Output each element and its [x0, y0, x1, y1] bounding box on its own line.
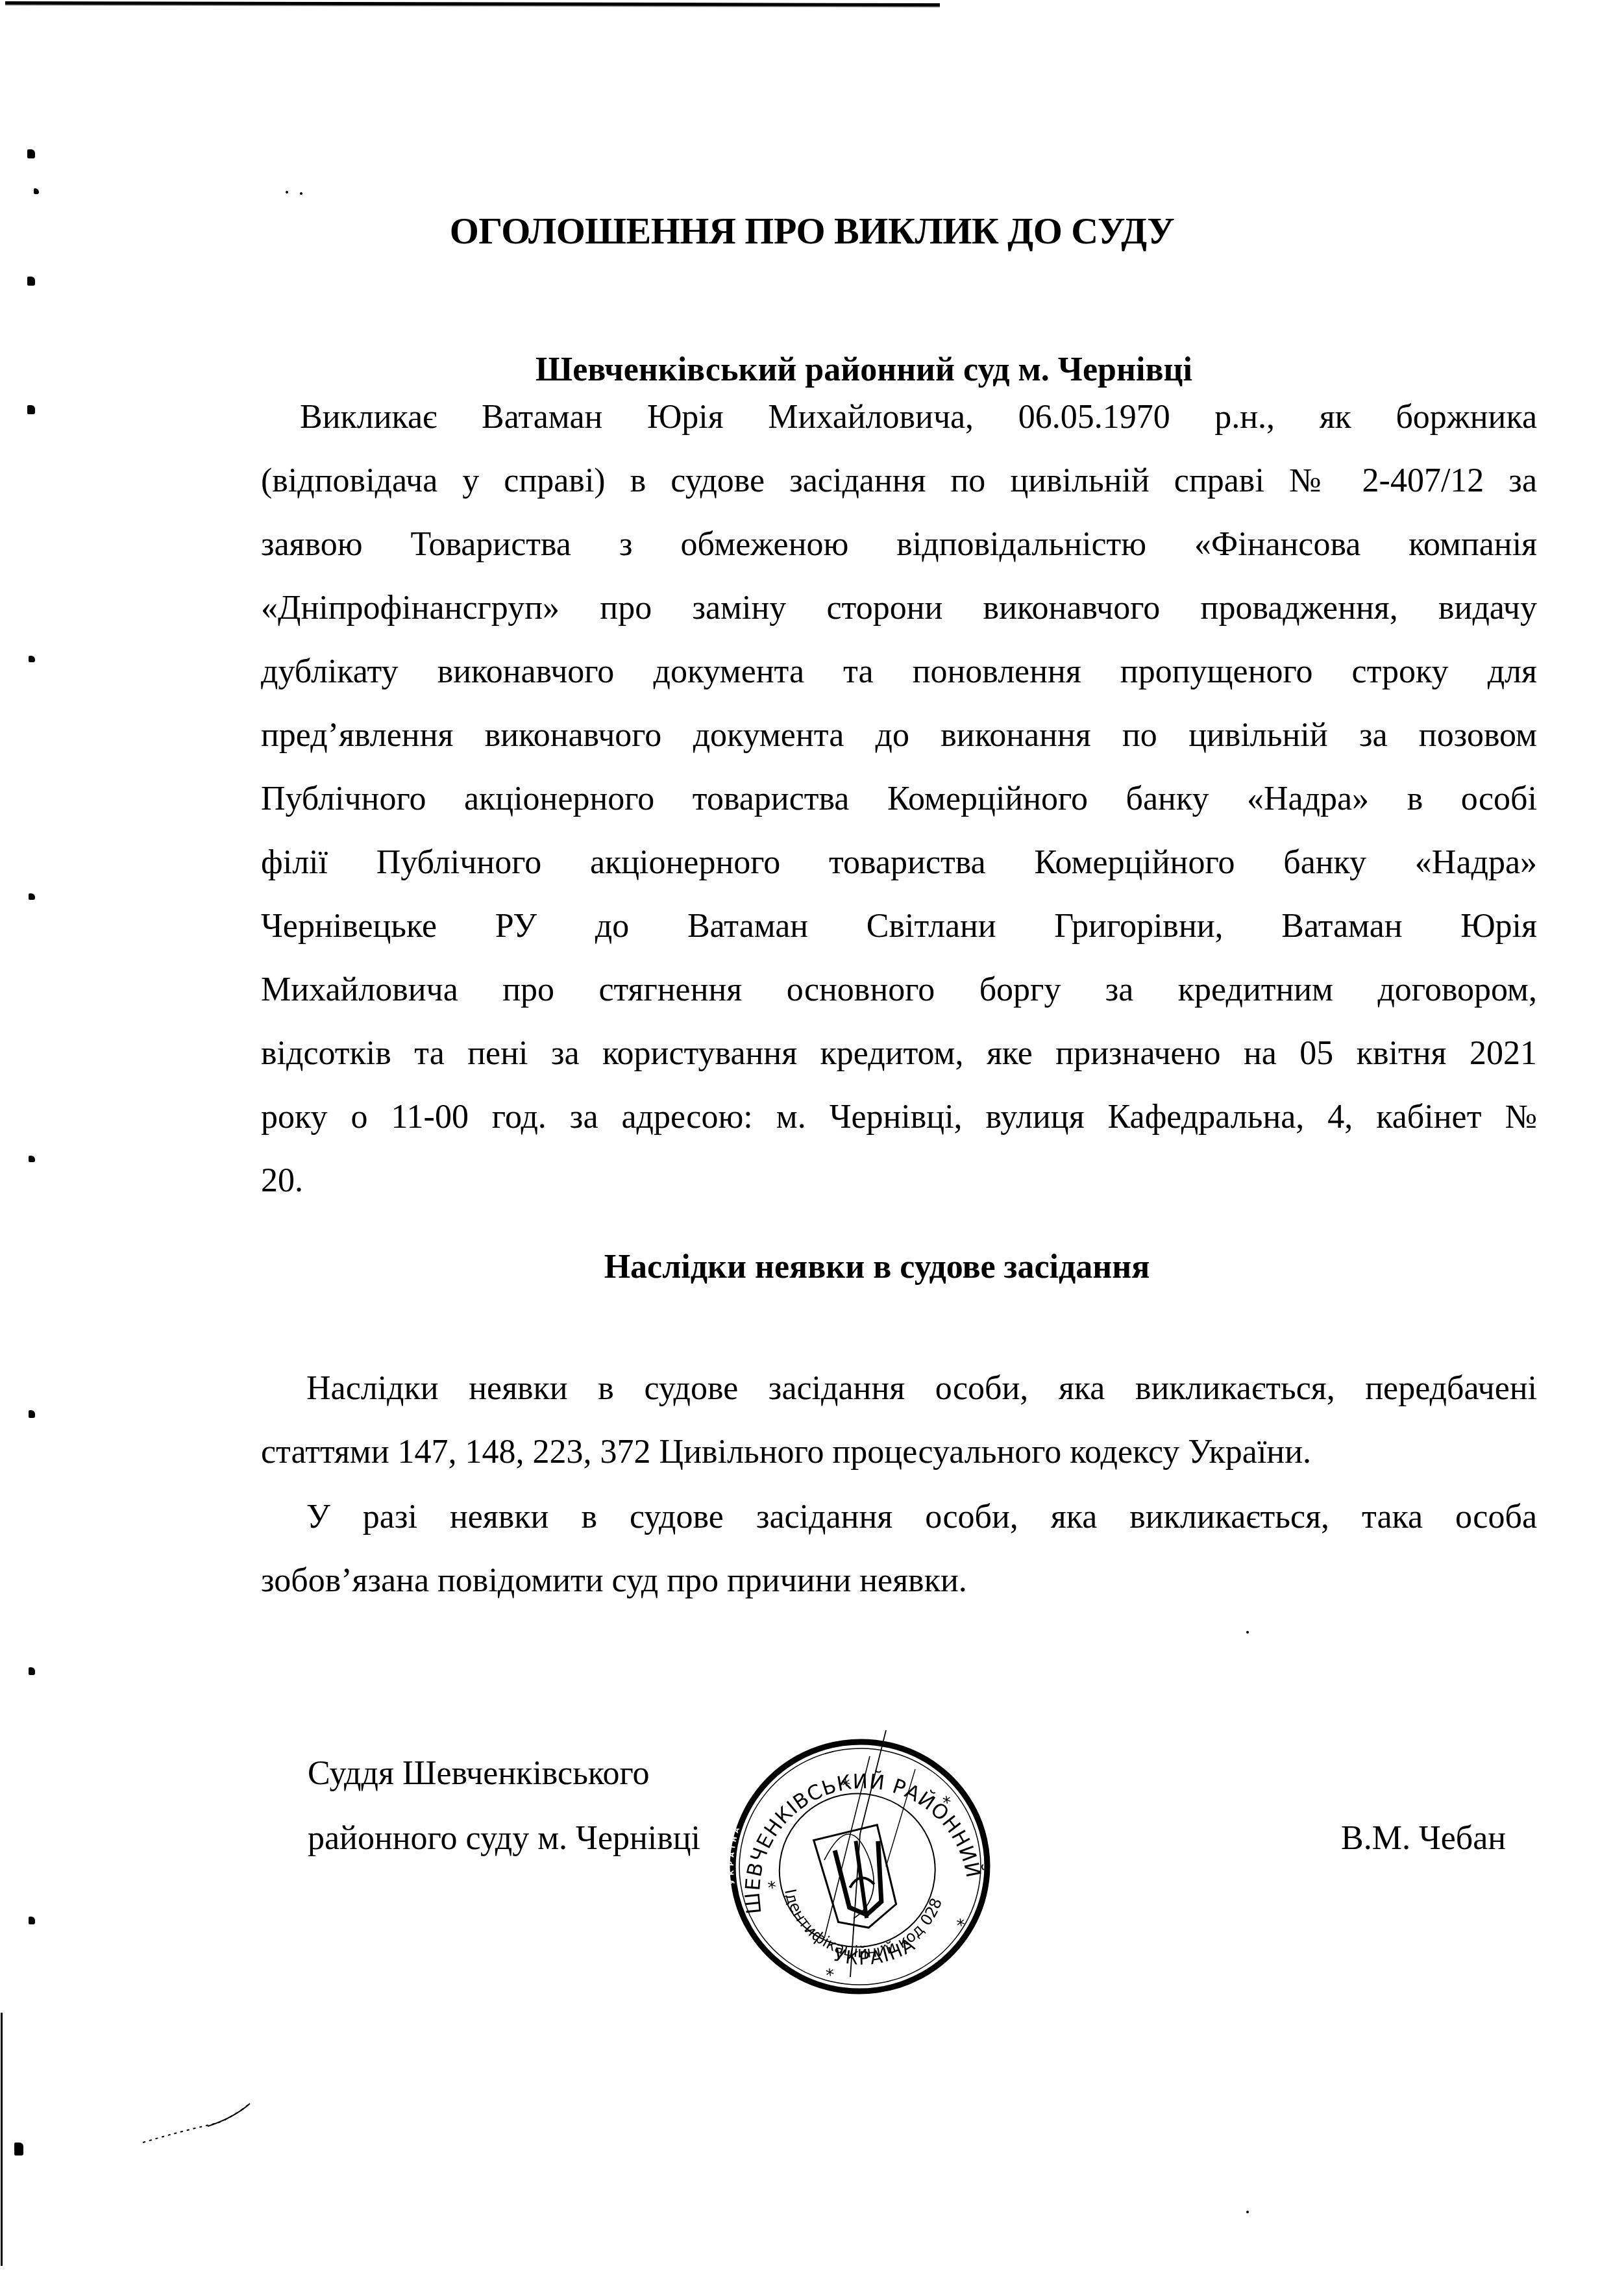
paragraph-line: Викликає Ватаман Юрія Михайловича, 06.05…	[261, 386, 1537, 449]
stamp-star: *	[825, 1965, 836, 1986]
svg-text:УКРАЇНА: УКРАЇНА	[829, 1932, 921, 1974]
paragraph-line: (відповідача у справі) в судове засіданн…	[261, 449, 1537, 513]
margin-punch-mark	[27, 149, 35, 158]
scan-speck	[300, 192, 302, 195]
consequences-heading: Наслідки неявки в судове засідання	[0, 1248, 1624, 1286]
court-seal-stamp: УКРАЇНА ШЕВЧЕНКІВСЬКИЙ РАЙОННИЙ СУД м. Ч…	[720, 1730, 1000, 2003]
paragraph-line: статтями 147, 148, 223, 372 Цивільного п…	[261, 1421, 1537, 1484]
stamp-star: *	[955, 1915, 966, 1936]
margin-punch-mark	[29, 1667, 35, 1675]
scan-speck	[1246, 1631, 1249, 1634]
paragraph-line: зобов’язана повідомити суд про причини н…	[261, 1549, 1537, 1613]
scan-edge-left	[1, 2013, 3, 2266]
paragraph-line: 20.	[261, 1149, 1537, 1213]
margin-punch-mark	[29, 656, 35, 662]
scan-speck	[1246, 2211, 1249, 2213]
judge-position-line-2: районного суду м. Чернівці	[308, 1806, 700, 1871]
svg-text:ШЕВЧЕНКІВСЬКИЙ РАЙОННИЙ СУД м.: ШЕВЧЕНКІВСЬКИЙ РАЙОННИЙ СУД м. ЧЕРНІВЦІ	[720, 1730, 986, 1920]
margin-punch-mark	[29, 893, 35, 900]
margin-punch-mark	[34, 188, 39, 194]
pen-stroke-mark	[130, 2091, 273, 2156]
paragraph-line: Публічного акціонерного товариства Комер…	[261, 767, 1537, 831]
paragraph-line: Чернівецьке РУ до Ватаман Світлани Григо…	[261, 895, 1537, 958]
margin-punch-mark	[14, 2143, 23, 2156]
paragraph-line: У разі неявки в судове засідання особи, …	[261, 1485, 1537, 1549]
consequences-paragraph: Наслідки неявки в судове засідання особи…	[261, 1357, 1537, 1484]
paragraph-line: заявою Товариства з обмеженою відповідал…	[261, 513, 1537, 577]
document-title: ОГОЛОШЕННЯ ПРО ВИКЛИК ДО СУДУ	[0, 209, 1624, 253]
summons-paragraph: Викликає Ватаман Юрія Михайловича, 06.05…	[261, 386, 1537, 1213]
stamp-star: *	[767, 1878, 778, 1898]
paragraph-line: філії Публічного акціонерного товариства…	[261, 831, 1537, 895]
obligation-paragraph: У разі неявки в судове засідання особи, …	[261, 1485, 1537, 1613]
stamp-star: *	[942, 1793, 953, 1814]
paragraph-line: Наслідки неявки в судове засідання особи…	[261, 1357, 1537, 1421]
margin-punch-mark	[29, 1156, 35, 1162]
signature-block: Суддя Шевченківського районного суду м. …	[308, 1741, 700, 1871]
margin-punch-mark	[29, 1917, 35, 1924]
margin-punch-mark	[27, 277, 35, 286]
judge-position-line-1: Суддя Шевченківського	[308, 1741, 700, 1806]
court-heading: Шевченківський районний суд м. Чернівці	[0, 351, 1624, 389]
paragraph-line: дублікату виконавчого документа та понов…	[261, 640, 1537, 704]
scan-speck	[286, 191, 288, 193]
judge-name: В.М. Чебан	[1341, 1806, 1506, 1871]
margin-punch-mark	[29, 1410, 35, 1418]
paragraph-line: пред’явлення виконавчого документа до ви…	[261, 704, 1537, 767]
scan-edge-top	[5, 1, 940, 8]
paragraph-line: відсотків та пені за користування кредит…	[261, 1022, 1537, 1086]
paragraph-line: «Дніпрофінансгруп» про заміну сторони ви…	[261, 577, 1537, 640]
margin-punch-mark	[27, 405, 35, 414]
stamp-outer-text: ШЕВЧЕНКІВСЬКИЙ РАЙОННИЙ СУД м. ЧЕРНІВЦІ	[720, 1730, 986, 1920]
stamp-bottom-text: УКРАЇНА	[829, 1932, 921, 1974]
paragraph-line: Михайловича про стягнення основного борг…	[261, 958, 1537, 1022]
paragraph-line: року о 11-00 год. за адресою: м. Чернівц…	[261, 1086, 1537, 1149]
